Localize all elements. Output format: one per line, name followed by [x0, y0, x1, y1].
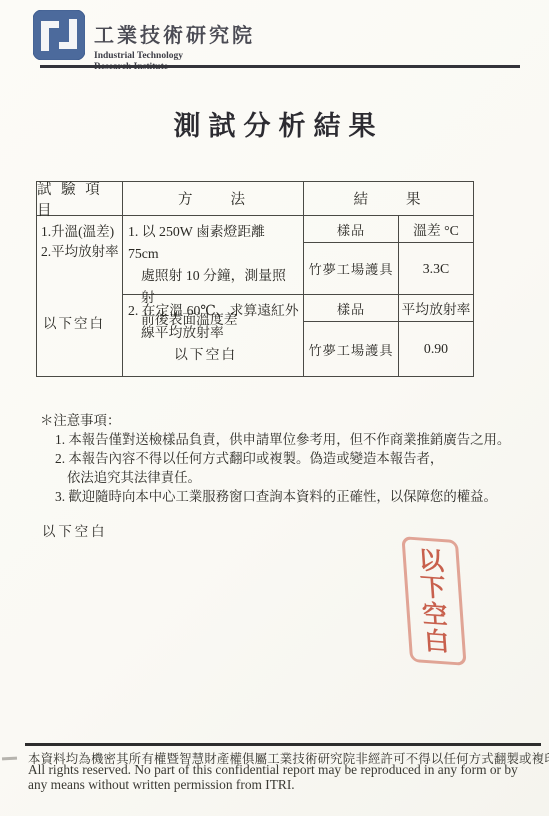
cell-result-1: 樣品 溫差 °C 竹夢工場護具 3.3C	[304, 216, 473, 294]
col-header-result: 結 果	[304, 182, 473, 215]
metric-label: 平均放射率	[399, 295, 473, 321]
result-value-row: 竹夢工場護具 3.3C	[304, 243, 473, 294]
col-header-method: 方 法	[123, 182, 304, 215]
page-title: 測試分析結果	[0, 104, 549, 143]
org-name-zh: 工業技術研究院	[94, 19, 255, 48]
note-item: 1. 本報告僅對送檢樣品負責，供申請單位參考用，但不作商業推銷廣告之用。	[40, 430, 526, 449]
result-value: 0.90	[399, 322, 473, 376]
result-value-row: 竹夢工場護具 0.90	[304, 322, 473, 376]
note-item-continuation: 依法追究其法律責任。	[40, 468, 526, 487]
sample-label: 樣品	[304, 295, 399, 321]
result-subheader-row: 樣品 平均放射率	[304, 295, 473, 322]
scan-artifact-dash	[2, 757, 17, 761]
sample-label: 樣品	[304, 216, 399, 242]
table-row: 2. 在定溫 60℃，求算遠紅外 線平均放射率 以下空白 樣品 平均放射率 竹夢…	[123, 295, 473, 376]
stamp-char: 以	[405, 546, 457, 576]
note-item: 2. 本報告內容不得以任何方式翻印或複製。偽造或變造本報告者，	[40, 449, 526, 468]
table-header-row: 試 驗 項 目 方 法 結 果	[37, 182, 473, 216]
itri-logo-icon	[33, 10, 85, 60]
blank-below-stamp: 以 下 空 白	[401, 536, 466, 666]
table-body: 1.升溫(溫差) 2.平均放射率 以下空白 1. 以 250W 鹵素燈距離 75…	[37, 216, 473, 376]
cell-method-1: 1. 以 250W 鹵素燈距離 75cm 處照射 10 分鐘，測量照射 前後表面…	[123, 216, 304, 294]
test-item-blank-note: 以下空白	[41, 314, 119, 334]
table-row: 1. 以 250W 鹵素燈距離 75cm 處照射 10 分鐘，測量照射 前後表面…	[123, 216, 473, 295]
stamp-char: 空	[409, 600, 461, 630]
table-right-section: 1. 以 250W 鹵素燈距離 75cm 處照射 10 分鐘，測量照射 前後表面…	[123, 216, 473, 376]
footer-divider	[25, 743, 541, 746]
org-name-en-line1: Industrial Technology	[94, 51, 255, 62]
note-item: 3. 歡迎隨時向本中心工業服務窗口查詢本資料的正確性，以保障您的權益。	[40, 487, 526, 506]
method-line: 2. 在定溫 60℃，求算遠紅外	[128, 300, 299, 322]
stamp-char: 下	[407, 573, 459, 603]
test-item-line: 2.平均放射率	[41, 242, 119, 262]
org-name-block: 工業技術研究院 Industrial Technology Research I…	[94, 10, 255, 72]
below-blank-note: 以下空白	[42, 521, 108, 540]
cell-method-2: 2. 在定溫 60℃，求算遠紅外 線平均放射率 以下空白	[123, 295, 304, 376]
metric-label: 溫差 °C	[399, 216, 473, 242]
method-line: 線平均放射率	[128, 322, 299, 344]
org-name-en: Industrial Technology Research Institute	[94, 51, 255, 72]
cell-result-2: 樣品 平均放射率 竹夢工場護具 0.90	[304, 295, 473, 376]
report-header: 工業技術研究院 Industrial Technology Research I…	[33, 10, 255, 72]
method-line: 1. 以 250W 鹵素燈距離 75cm	[128, 221, 299, 265]
sample-name: 竹夢工場護具	[304, 322, 399, 376]
method-blank-note: 以下空白	[128, 344, 299, 366]
cell-test-items: 1.升溫(溫差) 2.平均放射率 以下空白	[37, 216, 123, 376]
col-header-item: 試 驗 項 目	[37, 182, 123, 215]
stamp-char: 白	[411, 627, 463, 657]
header-divider	[40, 65, 520, 68]
test-item-line: 1.升溫(溫差)	[41, 222, 119, 242]
report-page: 工業技術研究院 Industrial Technology Research I…	[0, 0, 549, 816]
notes-section: ＊注意事項： 1. 本報告僅對送檢樣品負責，供申請單位參考用，但不作商業推銷廣告…	[40, 411, 526, 506]
result-subheader-row: 樣品 溫差 °C	[304, 216, 473, 243]
results-table: 試 驗 項 目 方 法 結 果 1.升溫(溫差) 2.平均放射率 以下空白 1.…	[36, 181, 474, 377]
confidentiality-notice-en: All rights reserved. No part of this con…	[28, 763, 534, 792]
notes-heading: ＊注意事項：	[40, 411, 526, 430]
result-value: 3.3C	[399, 243, 473, 294]
sample-name: 竹夢工場護具	[304, 243, 399, 294]
